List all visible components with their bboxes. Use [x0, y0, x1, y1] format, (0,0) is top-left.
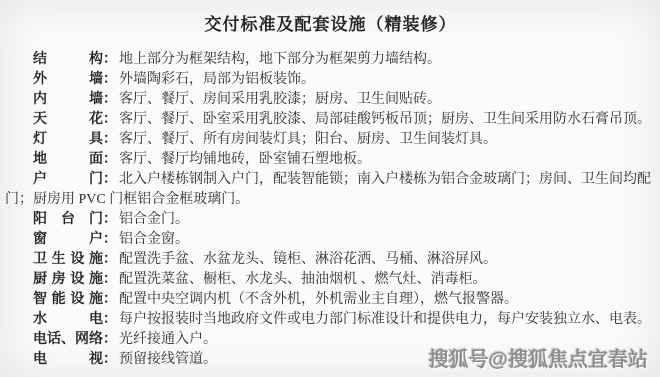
spec-list: 结构：地上部分为框架结构，地下部分为框架剪力墙结构。 外墙：外墙陶彩石，局部为铝… — [5, 50, 656, 370]
spec-label-char: 视 — [89, 350, 103, 370]
spec-row: 水电：每户按报装时当地政府文件或电力部门标准设计和提供电力，每户安装独立水、电表… — [5, 310, 656, 330]
spec-label-char: 构 — [89, 50, 103, 70]
spec-text: 预留接线管道。 — [119, 352, 217, 367]
spec-label-char: 花 — [89, 110, 103, 130]
spec-colon: ： — [103, 132, 117, 147]
spec-text: 地上部分为框架结构，地下部分为框架剪力墙结构。 — [119, 52, 441, 67]
spec-row: 窗户：铝合金窗。 — [5, 230, 656, 250]
spec-text: 每户按报装时当地政府文件或电力部门标准设计和提供电力，每户安装独立水、电表。 — [119, 312, 651, 327]
spec-label: 电话、网络 — [33, 330, 103, 350]
spec-label: 窗户 — [33, 230, 103, 250]
spec-row: 阳台门：铝合金门。 — [5, 210, 656, 230]
spec-colon: ： — [103, 352, 117, 367]
spec-label-char: 窗 — [33, 230, 47, 250]
spec-row: 内墙：客厅、餐厅、房间采用乳胶漆；厨房、卫生间贴砖。 — [5, 90, 656, 110]
spec-text: 配置中央空调内机（不含外机，外机需业主自理），燃气报警器。 — [119, 292, 518, 307]
spec-label: 外墙 — [33, 70, 103, 90]
spec-label-char: 络 — [89, 330, 103, 350]
watermark: 搜狐号@搜狐焦点宜春站 — [428, 343, 648, 372]
spec-label-char: 墙 — [89, 70, 103, 90]
spec-label-char: 户 — [33, 170, 47, 190]
spec-colon: ： — [103, 92, 117, 107]
spec-text: 配置洗手盆、水盆龙头、镜柜、淋浴花洒、马桶、淋浴屏风。 — [119, 252, 497, 267]
spec-text: 铝合金窗。 — [119, 232, 189, 247]
spec-label-char: 施 — [89, 290, 103, 310]
spec-label-char: 门 — [89, 170, 103, 190]
spec-label-char: 电 — [89, 310, 103, 330]
spec-label-char: 施 — [89, 250, 103, 270]
spec-label-char: 内 — [33, 90, 47, 110]
spec-label-char: 面 — [89, 150, 103, 170]
spec-label-char: 墙 — [89, 90, 103, 110]
spec-label-char: 天 — [33, 110, 47, 130]
spec-label-char: 台 — [61, 210, 75, 230]
document-page: 交付标准及配套设施（精装修） 结构：地上部分为框架结构，地下部分为框架剪力墙结构… — [0, 0, 660, 377]
spec-label: 内墙 — [33, 90, 103, 110]
spec-label-char: 具 — [89, 130, 103, 150]
spec-label-char: 设 — [70, 290, 84, 310]
spec-label-char: 户 — [89, 230, 103, 250]
spec-colon: ： — [103, 72, 117, 87]
spec-row: 结构：地上部分为框架结构，地下部分为框架剪力墙结构。 — [5, 50, 656, 70]
spec-colon: ： — [103, 292, 117, 307]
spec-colon: ： — [103, 172, 117, 187]
spec-label-char: 结 — [33, 50, 47, 70]
spec-label-char: 厨 — [33, 270, 47, 290]
spec-text: 铝合金门。 — [119, 212, 189, 227]
spec-label-char: 灯 — [33, 130, 47, 150]
spec-colon: ： — [103, 312, 117, 327]
spec-text: 客厅、餐厅、卧室采用乳胶漆、局部硅酸钙板吊顶；厨房、卫生间采用防水石膏吊顶。 — [119, 112, 651, 127]
spec-label: 灯具 — [33, 130, 103, 150]
spec-text: 光纤接通入户。 — [119, 332, 217, 347]
spec-label: 结构 — [33, 50, 103, 70]
page-title: 交付标准及配套设施（精装修） — [5, 14, 656, 36]
spec-row: 灯具：客厅、餐厅、所有房间装灯具；阳台、厨房、卫生间装灯具。 — [5, 130, 656, 150]
spec-label-char: 外 — [33, 70, 47, 90]
spec-text: 外墙陶彩石，局部为铝板装饰。 — [119, 72, 315, 87]
spec-label-char: 施 — [89, 270, 103, 290]
spec-label: 厨房设施 — [33, 270, 103, 290]
spec-label-char: 阳 — [33, 210, 47, 230]
spec-label: 卫生设施 — [33, 250, 103, 270]
spec-label-char: 水 — [33, 310, 47, 330]
spec-colon: ： — [103, 112, 117, 127]
spec-label-char: 卫 — [33, 250, 47, 270]
spec-label: 户门 — [33, 170, 103, 190]
spec-label-char: 房 — [52, 270, 66, 290]
spec-colon: ： — [103, 272, 117, 287]
spec-label-char: 智 — [33, 290, 47, 310]
spec-label: 智能设施 — [33, 290, 103, 310]
spec-text: 客厅、餐厅、房间采用乳胶漆；厨房、卫生间贴砖。 — [119, 92, 441, 107]
spec-label: 地面 — [33, 150, 103, 170]
spec-text: 客厅、餐厅均铺地砖，卧室铺石塑地板。 — [119, 152, 371, 167]
spec-label-char: 电 — [33, 350, 47, 370]
spec-row: 地面：客厅、餐厅均铺地砖，卧室铺石塑地板。 — [5, 150, 656, 170]
spec-label-char: 地 — [33, 150, 47, 170]
spec-row: 卫生设施：配置洗手盆、水盆龙头、镜柜、淋浴花洒、马桶、淋浴屏风。 — [5, 250, 656, 270]
spec-text: 客厅、餐厅、所有房间装灯具；阳台、厨房、卫生间装灯具。 — [119, 132, 497, 147]
spec-label-char: 话、 — [47, 330, 75, 350]
spec-label: 阳台门 — [33, 210, 103, 230]
spec-colon: ： — [103, 252, 117, 267]
spec-label-char: 网 — [75, 330, 89, 350]
spec-label-char: 门 — [89, 210, 103, 230]
spec-label-char: 电 — [33, 330, 47, 350]
spec-colon: ： — [103, 232, 117, 247]
spec-colon: ： — [103, 152, 117, 167]
spec-colon: ： — [103, 332, 117, 347]
spec-colon: ： — [103, 52, 117, 67]
spec-row: 智能设施：配置中央空调内机（不含外机，外机需业主自理），燃气报警器。 — [5, 290, 656, 310]
spec-label: 天花 — [33, 110, 103, 130]
spec-row: 厨房设施：配置洗菜盆、橱柜、水龙头、抽油烟机 、燃气灶、消毒柜。 — [5, 270, 656, 290]
spec-label-char: 设 — [70, 250, 84, 270]
spec-row: 户门：北入户楼栋钢制入户门，配装智能锁；南入户楼栋为铝合金玻璃门；房间、卫生间均… — [5, 170, 656, 210]
spec-colon: ： — [103, 212, 117, 227]
spec-label-char: 设 — [70, 270, 84, 290]
spec-row: 天花：客厅、餐厅、卧室采用乳胶漆、局部硅酸钙板吊顶；厨房、卫生间采用防水石膏吊顶… — [5, 110, 656, 130]
spec-text: 配置洗菜盆、橱柜、水龙头、抽油烟机 、燃气灶、消毒柜。 — [119, 272, 487, 287]
spec-label: 电视 — [33, 350, 103, 370]
spec-row: 外墙：外墙陶彩石，局部为铝板装饰。 — [5, 70, 656, 90]
spec-label-char: 能 — [52, 290, 66, 310]
spec-label: 水电 — [33, 310, 103, 330]
spec-label-char: 生 — [52, 250, 66, 270]
